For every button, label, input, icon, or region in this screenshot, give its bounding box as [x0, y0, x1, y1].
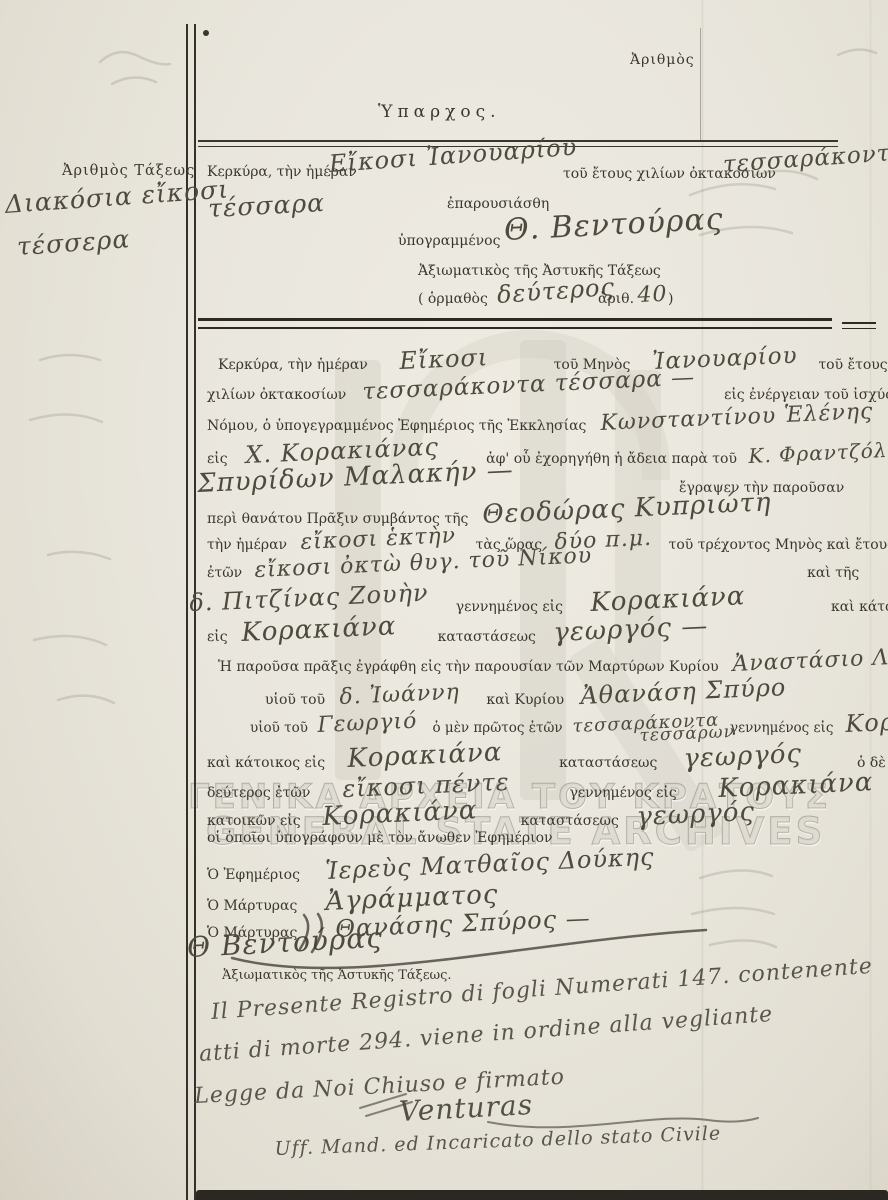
act-line-6: περὶ θανάτου Πρᾶξιν συμβάντος τῆς Θεοδώρ… [207, 500, 772, 530]
italian-signature: Venturas [398, 1088, 534, 1128]
printed-text: γεννημένος εἰς [570, 785, 677, 801]
act-line-10: εἰς Κορακιάνα καταστάσεως γεωργός — [207, 618, 709, 648]
priest-signature: Ἱερεὺς Ματθαῖος Δούκης [325, 843, 655, 885]
record-number-label: Ἀριθμὸς [630, 52, 695, 68]
act-line-17: οἱ ὁποῖοι ὑπογράφουν μὲ τὸν ἄνωθεν Ἐφημέ… [207, 830, 553, 846]
page-title: Ὑπαρχος. [378, 102, 501, 122]
handwritten-entry: Κορακιάνα [322, 795, 478, 832]
printed-text: τὴν ἡμέραν [207, 537, 287, 553]
priest-role-label: Ὁ Ἐφημέριος [207, 867, 300, 883]
printed-text: χιλίων ὀκτακοσίων [207, 387, 346, 403]
printed-text: ἐτῶν [207, 565, 242, 581]
printed-text: καὶ τῆς [807, 565, 859, 581]
printed-text: καὶ κάτοικος [831, 599, 888, 615]
printed-text: καὶ κάτοικος εἰς [207, 755, 325, 771]
printed-text: τοῦ τρέχοντος Μηνὸς καὶ ἔτους [669, 537, 888, 553]
order-number-label: Ἀριθμὸς Τάξεως [62, 163, 195, 179]
officer-title-bottom: Ἀξιωματικὸς τῆς Ἀστυκῆς Τάξεως. [222, 968, 452, 983]
signature-line-priest: Ὁ Ἐφημέριος Ἱερεὺς Ματθαῖος Δούκης [207, 857, 656, 885]
order-number-handwritten-line2: τέσσερα [16, 224, 131, 261]
printed-text: κατοικῶν εἰς [207, 813, 301, 829]
printed-text: γεννημένος εἰς [730, 720, 833, 736]
intro-undersigned-label: ὑπογραμμένος [398, 233, 500, 249]
act-line-14: καὶ κάτοικος εἰς Κορακιάνα καταστάσεως γ… [207, 744, 886, 774]
bottom-scan-band [196, 1190, 888, 1200]
act-line-9: δ. Πιτζίνας Ζουὴν γεννημένος εἰς Κορακιά… [190, 588, 888, 618]
handwritten-entry: γεωργός [636, 797, 756, 832]
printed-text: υἱοῦ τοῦ [265, 692, 325, 708]
witness-role-label: Ὁ Μάρτυρας [207, 898, 297, 914]
printed-text: ἀφ' οὗ ἐχορηγήθη ἡ ἄδεια παρὰ τοῦ [486, 451, 737, 467]
printed-text: Κερκύρα, τὴν ἡμέραν [218, 357, 368, 373]
printed-text: Ἡ παροῦσα πρᾶξις ἐγράφθη εἰς τὴν παρουσί… [218, 659, 719, 675]
handwritten-entry: δ. Ἰωάννη [338, 680, 459, 710]
printed-text: εἰς [207, 629, 228, 645]
handwritten-entry: Ἀναστάσιο Λινοστόχη [732, 640, 888, 677]
printed-text: καὶ Κυρίου [486, 692, 564, 708]
act-line-3: Νόμου, ὁ ὑπογεγραμμένος Ἐφημέριος τῆς Ἐκ… [207, 411, 874, 436]
handwritten-entry: Εἴκοσι [399, 343, 489, 375]
printed-text: γεννημένος εἰς [456, 599, 563, 615]
printed-text: τοῦ ἔτους [818, 357, 887, 373]
intro-bundle-close: ) [668, 291, 673, 307]
intro-bundle-open: ( ὁρμαθὸς [418, 291, 488, 307]
handwritten-entry: Κορακιάνας [844, 703, 888, 738]
section-heavy-rule-segment [842, 322, 876, 329]
printed-text: καταστάσεως [521, 813, 619, 829]
printed-text: δεύτερος ἐτῶν [207, 785, 310, 801]
intro-bundle-number-label: ἀριθ. [598, 291, 634, 307]
handwritten-entry: Ἀθανάση Σπύρο [579, 673, 786, 710]
printed-text: καταστάσεως [559, 755, 657, 771]
act-line-11: Ἡ παροῦσα πρᾶξις ἐγράφθη εἰς τὴν παρουσί… [218, 652, 888, 677]
printed-text: καταστάσεως [438, 629, 536, 645]
printed-text: Νόμου, ὁ ὑπογεγραμμένος Ἐφημέριος τῆς Ἐκ… [207, 418, 586, 434]
intro-year-handwritten-cont: τέσσαρα [207, 188, 325, 223]
printed-text: υἱοῦ τοῦ [250, 720, 308, 736]
act-line-12: υἱοῦ τοῦ δ. Ἰωάννη καὶ Κυρίου Ἀθανάση Σπ… [265, 682, 787, 710]
italian-note-line-1: Il Presente Registro di fogli Numerati 1… [210, 954, 873, 1025]
handwritten-entry: Κ. Φραντζόλας [748, 437, 888, 468]
handwritten-entry: Γεωργιό [317, 709, 418, 738]
intro-officer-title: Ἀξιωματικὸς τῆς Ἀστυκῆς Τάξεως [418, 263, 661, 279]
intro-bundle-number: 40 [637, 282, 668, 308]
printed-text: ὁ μὲν πρῶτος ἐτῶν [433, 720, 563, 736]
handwritten-entry: γεωργός — [553, 611, 709, 648]
border-dot [203, 30, 209, 36]
top-section-vertical-line [700, 28, 701, 142]
italian-officer-title: Uff. Mand. ed Incaricato dello stato Civ… [274, 1122, 721, 1160]
printed-text: οἱ ὁποῖοι ὑπογράφουν μὲ τὸν ἄνωθεν Ἐφημέ… [207, 830, 553, 846]
act-line-16: κατοικῶν εἰς Κορακιάνα καταστάσεως γεωργ… [207, 802, 756, 832]
act-line-15: δεύτερος ἐτῶν εἴκοσι πέντε γεννημένος εἰ… [207, 774, 874, 804]
act-line-2: χιλίων ὀκτακοσίων τεσσαράκοντα τέσσαρα —… [207, 379, 888, 405]
handwritten-entry: γεωργός [682, 739, 802, 774]
intro-appeared-label: ἐπαρουσιάσθη [447, 196, 549, 212]
act-line-8: ἐτῶν εἴκοσι ὀκτὼ θυγ. τοῦ Νίκου καὶ τῆς [207, 558, 859, 583]
scanned-death-record-page: ΓΕΝΙΚΑ ΑΡΧΕΙΑ ΤΟΥ ΚΡΑΤΟΥΣ GENERAL STATE … [0, 0, 888, 1200]
printed-text: εἰς [207, 451, 228, 467]
act-line-13: υἱοῦ τοῦ Γεωργιό ὁ μὲν πρῶτος ἐτῶν τεσσα… [250, 710, 888, 738]
handwritten-entry: Κορακιάνα [241, 611, 397, 648]
section-heavy-rule [198, 318, 832, 329]
